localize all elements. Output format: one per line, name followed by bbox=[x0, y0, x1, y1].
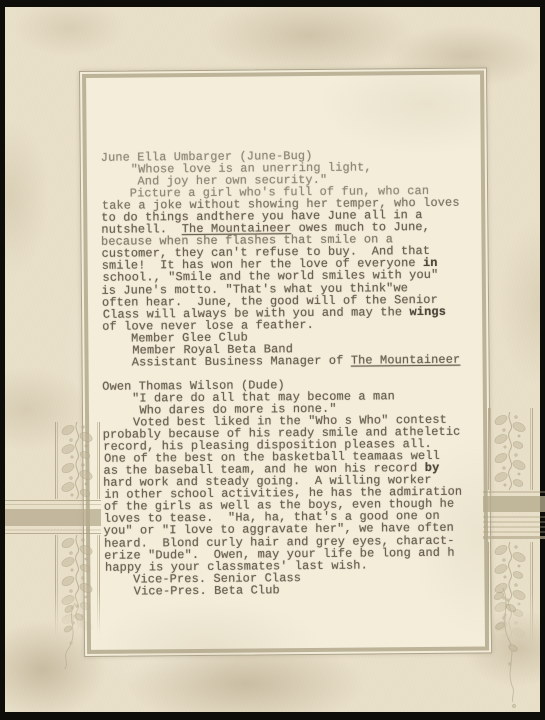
double-rule-frame: June Ella Umbarger (June-Bug) "Whose lov… bbox=[82, 70, 489, 653]
album-paper-background: June Ella Umbarger (June-Bug) "Whose lov… bbox=[5, 7, 540, 712]
typed-line: take a joke without showing her temper, … bbox=[102, 197, 472, 212]
typed-line: you" or "I love to aggravate her", we ha… bbox=[103, 522, 473, 537]
typed-line: in other school activities, he has the a… bbox=[104, 486, 474, 501]
typed-line: Class will always be with you and may th… bbox=[103, 305, 473, 320]
right-floral-border-icon bbox=[483, 408, 545, 718]
scanned-page: June Ella Umbarger (June-Bug) "Whose lov… bbox=[0, 0, 545, 720]
typed-line: probably because of his ready smile and … bbox=[103, 426, 473, 441]
typed-line: One of the best on the basketball teamaa… bbox=[104, 450, 474, 465]
typed-sheet: June Ella Umbarger (June-Bug) "Whose lov… bbox=[79, 67, 492, 657]
typed-text: June Ella Umbarger (June-Bug) "Whose lov… bbox=[101, 149, 475, 598]
